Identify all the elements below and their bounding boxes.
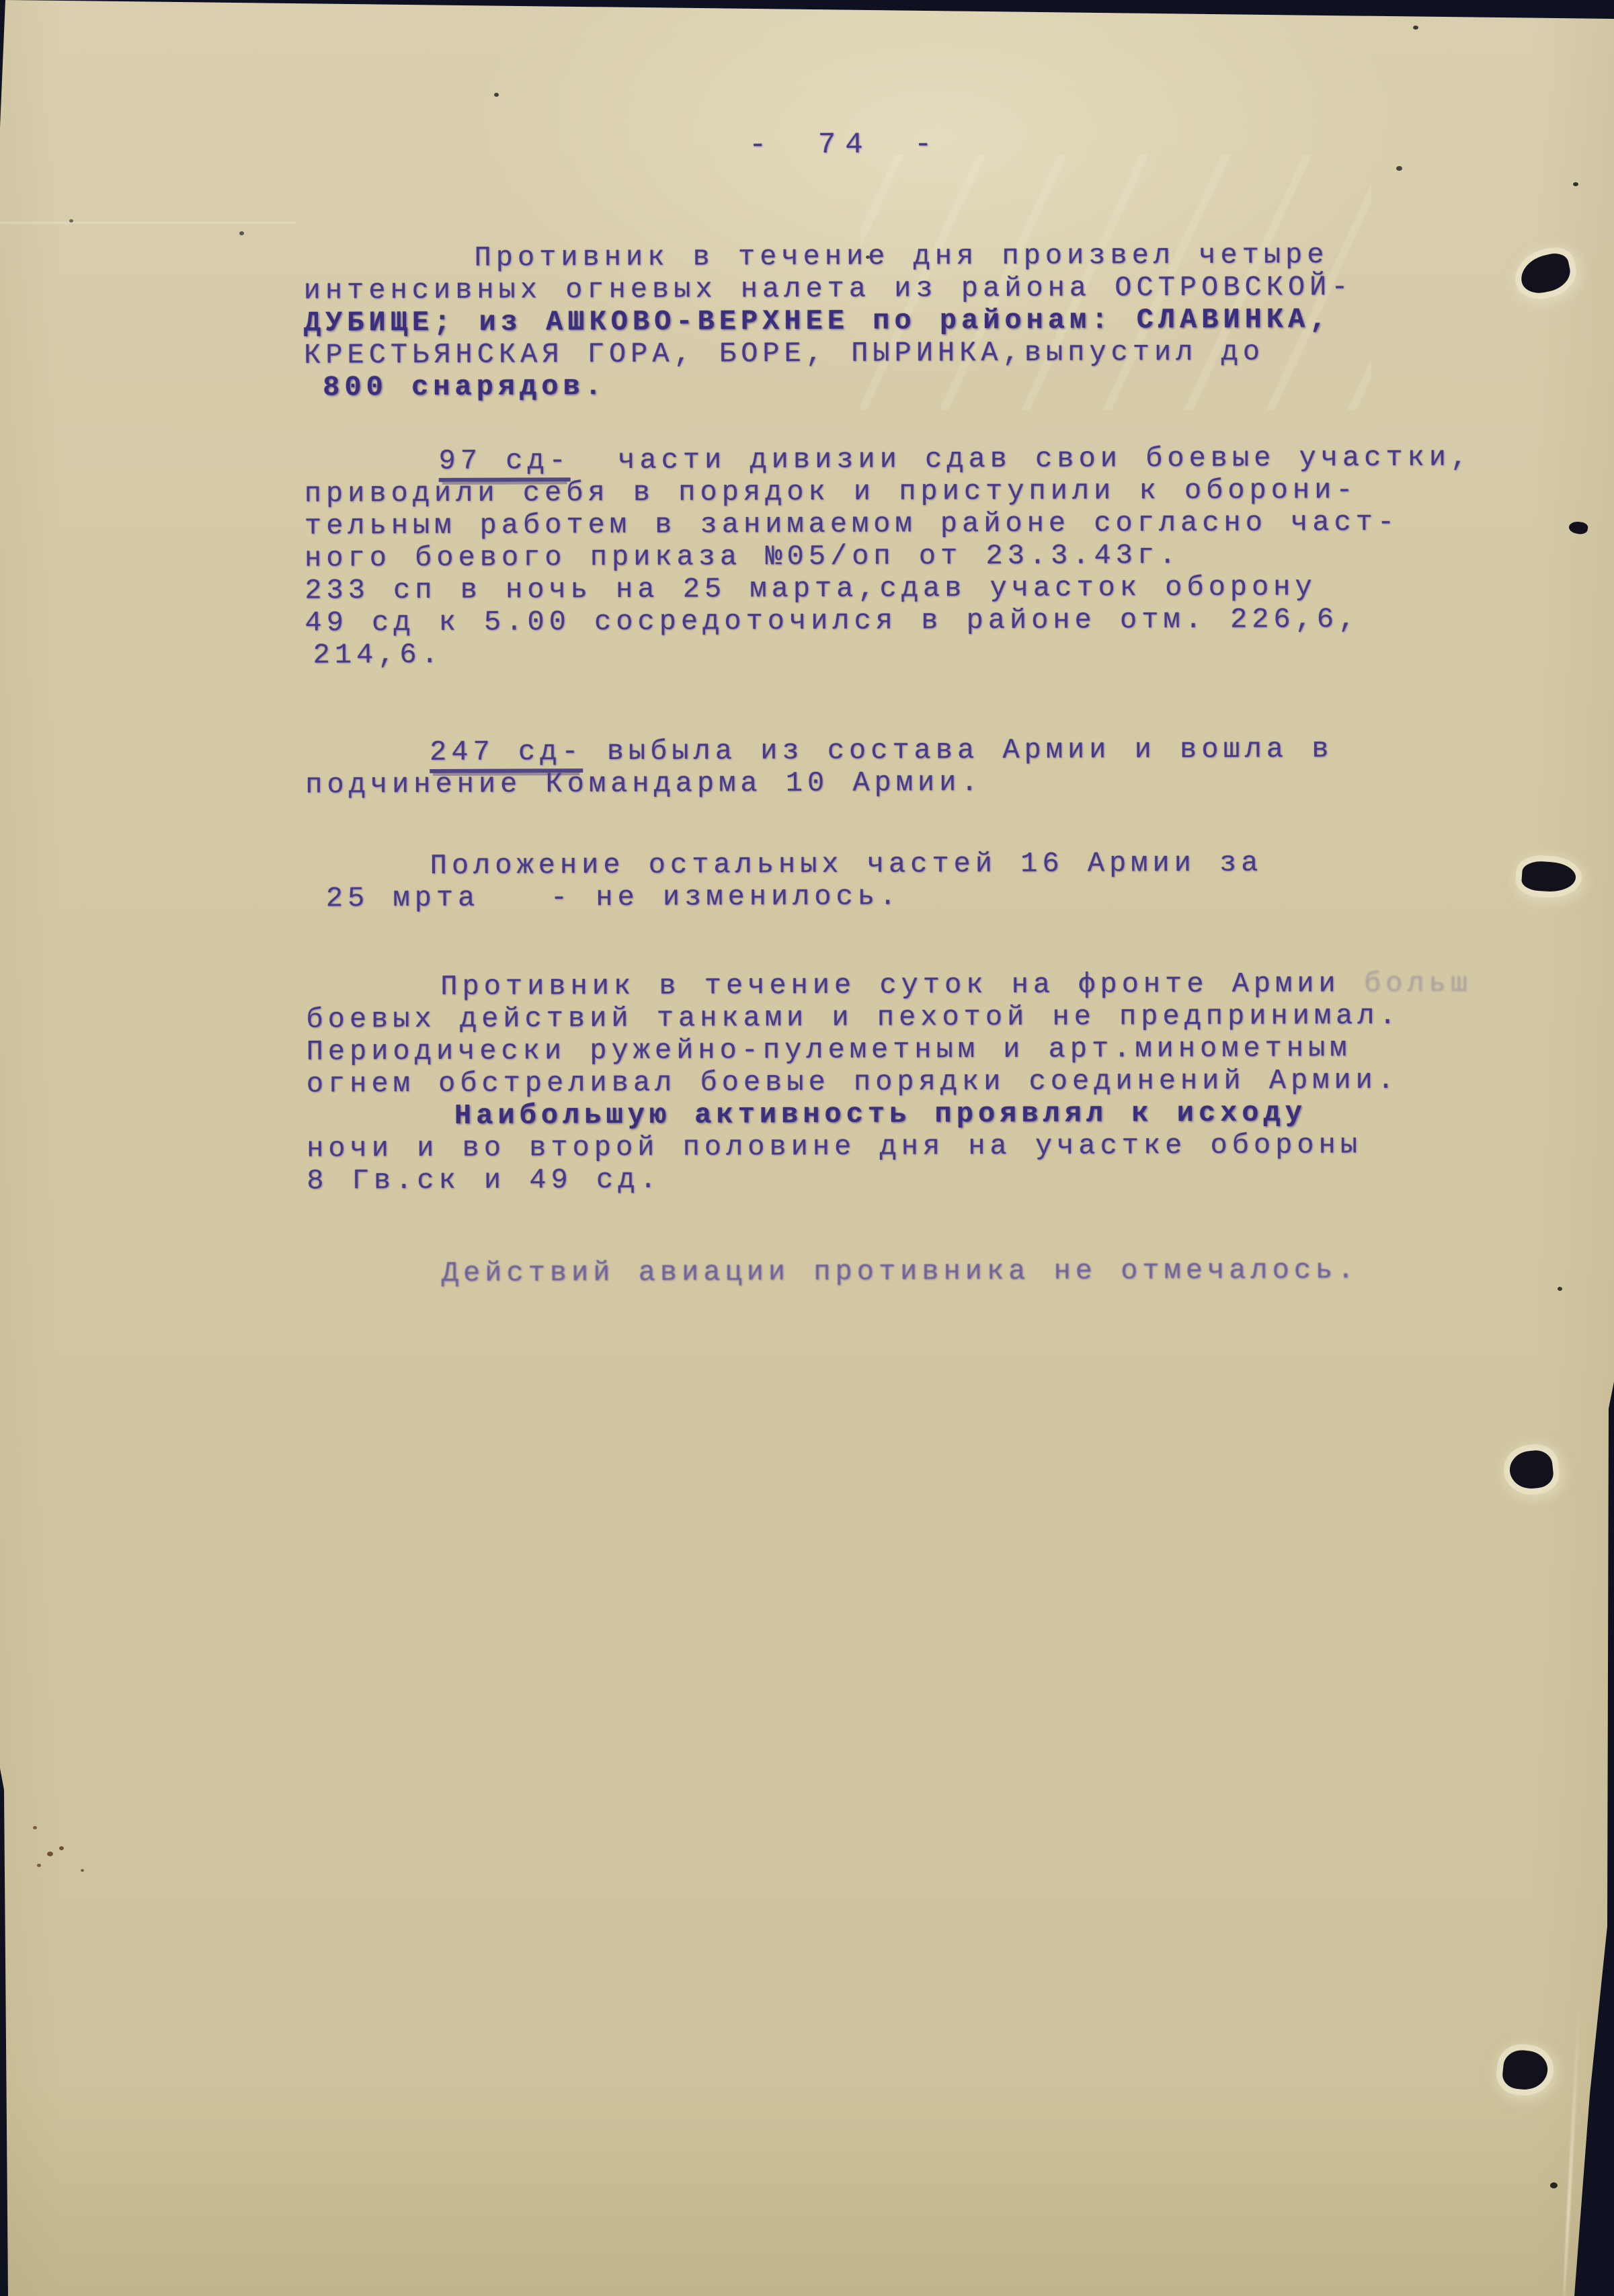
typewritten-line: Положение остальных частей 16 Армии за — [430, 846, 1489, 881]
typewritten-line: Наибольшую активность проявлял к исходу — [454, 1096, 1490, 1132]
page-number: - 74 - — [749, 128, 942, 161]
typewritten-line: боевых действий танками и пехотой не пре… — [306, 999, 1489, 1035]
typewritten-line: КРЕСТЬЯНСКАЯ ГОРА, БОРЕ, ПЫРИНКА,выпусти… — [304, 335, 1487, 371]
typewritten-line: Периодически ружейно-пулеметным и арт.ми… — [307, 1031, 1490, 1068]
typewritten-line: подчинение Командарма 10 Армии. — [305, 764, 1488, 801]
erased-ghost-text: больш — [1340, 967, 1472, 1000]
typewritten-line: Противник в течение суток на фронте Арми… — [440, 967, 1489, 1002]
typewritten-line: ДУБИЩЕ; из АШКОВО-ВЕРХНЕЕ по районам: СЛ… — [304, 303, 1487, 339]
paragraph: Положение остальных частей 16 Армии за25… — [306, 846, 1489, 914]
typewritten-line: ного боевого приказа №05/оп от 23.3.43г. — [305, 538, 1488, 574]
typewritten-line: 25 мрта - не изменилось. — [326, 878, 1489, 914]
paragraph: 247 сд- выбыла из состава Армии и вошла … — [305, 732, 1488, 801]
scan-background: { "document": { "page_number": "- 74 -",… — [0, 0, 1614, 2296]
typewritten-line: ночи и во второй половине дня на участке… — [307, 1128, 1490, 1164]
paragraph: Противник в течение дня произвел четыреи… — [303, 238, 1487, 403]
typewritten-line: 8 Гв.ск и 49 сд. — [307, 1160, 1490, 1197]
typewritten-line: 214,6. — [313, 635, 1488, 671]
typewritten-line: 800 снарядов. — [323, 367, 1487, 403]
typewritten-line: приводили себя в порядок и приступили к … — [305, 473, 1488, 510]
typewritten-line: Противник в течение дня произвел четыре — [474, 238, 1486, 274]
typewritten-line: 247 сд- выбыла из состава Армии и вошла … — [430, 732, 1488, 768]
typewritten-line: 97 сд- части дивизии сдав свои боевые уч… — [439, 441, 1488, 477]
text-layer: - 74 - Противник в течение дня произвел … — [0, 0, 1614, 2296]
typewritten-line: Действий авиации противника не отмечалос… — [442, 1253, 1490, 1289]
typewritten-line: тельным работем в занимаемом районе согл… — [305, 506, 1488, 542]
paragraph: 97 сд- части дивизии сдав свои боевые уч… — [305, 441, 1488, 671]
typewritten-line: огнем обстреливал боевые порядки соедине… — [307, 1064, 1490, 1100]
paragraph: Действий авиации противника не отмечалос… — [307, 1253, 1490, 1290]
typewritten-line: 233 сп в ночь на 25 марта,сдав участок о… — [305, 570, 1488, 606]
typewritten-line: интенсивных огневых налета из района ОСТ… — [304, 270, 1487, 307]
typewritten-line: 49 сд к 5.00 сосредоточился в районе отм… — [305, 602, 1488, 639]
paragraph: Противник в течение суток на фронте Арми… — [306, 967, 1490, 1197]
